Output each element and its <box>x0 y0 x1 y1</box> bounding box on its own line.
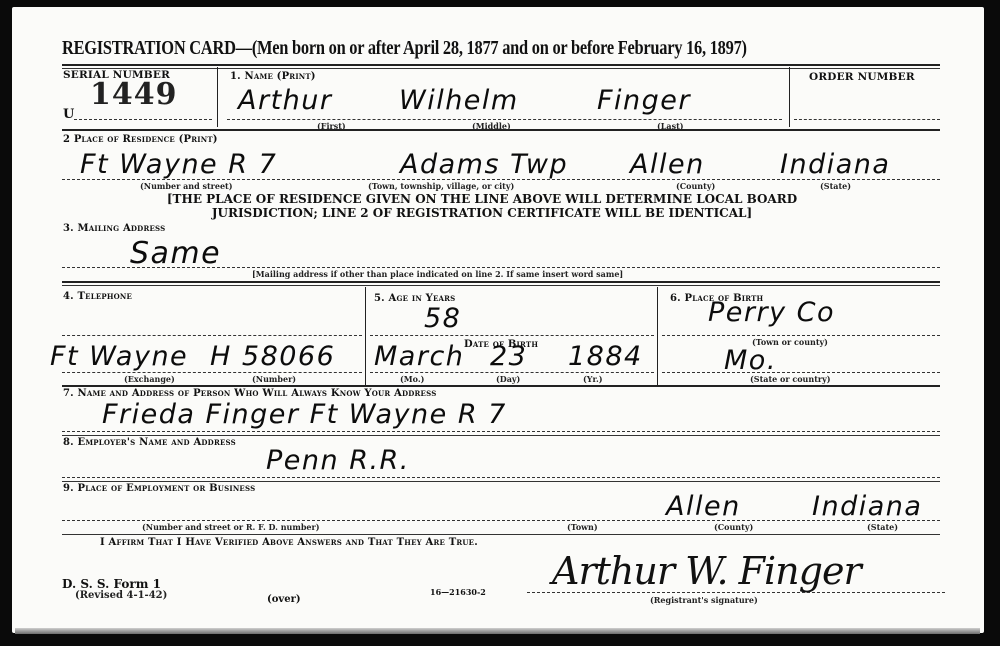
birth-day-value: 23 <box>490 341 527 372</box>
field-line <box>62 372 362 373</box>
mailing-caption: [Mailing address if other than place ind… <box>252 269 623 279</box>
divider <box>789 67 790 127</box>
exchange-caption: (Exchange) <box>124 374 175 384</box>
age-value: 58 <box>424 303 461 334</box>
card-edge <box>15 628 980 634</box>
telephone-exchange-value: Ft Wayne <box>50 341 188 372</box>
order-number-line <box>794 119 940 120</box>
state-caption: (State) <box>820 181 851 191</box>
divider <box>62 385 940 387</box>
employment-state-caption: (State) <box>867 522 898 532</box>
employer-label: 8. Employer's Name and Address <box>63 437 236 448</box>
divider <box>62 64 940 66</box>
print-code: 16—21630-2 <box>430 587 486 597</box>
employer-value: Penn R.R. <box>266 445 410 476</box>
field-line <box>74 119 212 120</box>
divider <box>62 534 940 535</box>
employment-town-caption: (Town) <box>567 522 598 532</box>
form-name: D. S. S. Form 1 <box>62 577 161 591</box>
employment-county-value: Allen <box>666 491 741 522</box>
field-line <box>62 520 940 521</box>
middle-name-value: Wilhelm <box>399 85 519 116</box>
registration-card: REGISTRATION CARD—(Men born on or after … <box>12 7 984 633</box>
card-title: REGISTRATION CARD—(Men born on or after … <box>62 37 747 60</box>
county-caption: (County) <box>676 181 715 191</box>
employment-state-value: Indiana <box>812 491 922 522</box>
telephone-label: 4. Telephone <box>63 291 132 302</box>
divider <box>365 287 366 385</box>
field-line <box>662 335 940 336</box>
residence-notice: [THE PLACE OF RESIDENCE GIVEN ON THE LIN… <box>72 192 892 220</box>
employment-street-caption: (Number and street or R. F. D. number) <box>142 522 320 532</box>
contact-person-label: 7. Name and Address of Person Who Will A… <box>63 388 436 399</box>
registrant-signature: Arthur W. Finger <box>552 549 861 593</box>
divider <box>657 287 658 385</box>
signature-caption: (Registrant's signature) <box>650 595 758 605</box>
number-caption: (Number) <box>252 374 296 384</box>
last-name-value: Finger <box>597 85 691 116</box>
signature-line <box>527 592 945 593</box>
residence-street-value: Ft Wayne R 7 <box>80 149 277 180</box>
divider <box>217 67 218 127</box>
contact-person-value: Frieda Finger Ft Wayne R 7 <box>102 399 507 430</box>
field-line <box>62 335 362 336</box>
serial-number-value: 1449 <box>90 77 178 112</box>
month-caption: (Mo.) <box>400 374 424 384</box>
birth-month-value: March <box>374 341 464 372</box>
over-note: (over) <box>267 594 301 605</box>
form-revised: (Revised 4-1-42) <box>75 590 167 601</box>
field-line <box>662 372 940 373</box>
residence-state-value: Indiana <box>780 149 890 180</box>
birthplace-state-caption: (State or country) <box>750 374 831 384</box>
divider <box>62 481 940 482</box>
field-line <box>62 179 940 180</box>
first-name-value: Arthur <box>238 85 332 116</box>
residence-town-value: Adams Twp <box>400 149 568 180</box>
mailing-address-label: 3. Mailing Address <box>63 223 165 234</box>
divider <box>62 281 940 283</box>
year-caption: (Yr.) <box>583 374 603 384</box>
field-line <box>62 267 940 268</box>
field-line <box>62 431 940 432</box>
serial-prefix: U <box>63 107 75 122</box>
residence-label: 2 Place of Residence (Print) <box>63 134 218 145</box>
field-line <box>370 372 654 373</box>
field-line <box>62 477 940 478</box>
order-number-label: ORDER NUMBER <box>809 71 915 83</box>
residence-county-value: Allen <box>630 149 705 180</box>
affirmation-text: I Affirm That I Have Verified Above Answ… <box>100 537 478 548</box>
town-caption: (Town, township, village, or city) <box>368 181 514 191</box>
divider <box>62 129 940 131</box>
street-caption: (Number and street) <box>140 181 233 191</box>
employment-county-caption: (County) <box>714 522 753 532</box>
birthplace-town-value: Perry Co <box>708 297 835 328</box>
day-caption: (Day) <box>496 374 520 384</box>
field-line <box>370 335 654 336</box>
divider <box>62 435 940 436</box>
field-line <box>227 119 782 120</box>
birth-year-value: 1884 <box>568 341 643 372</box>
mailing-address-value: Same <box>130 236 221 271</box>
notice-line-1: [THE PLACE OF RESIDENCE GIVEN ON THE LIN… <box>72 192 892 206</box>
notice-line-2: JURISDICTION; LINE 2 OF REGISTRATION CER… <box>72 206 892 220</box>
divider <box>62 68 940 69</box>
divider <box>62 285 940 286</box>
telephone-number-value: H 58066 <box>210 341 335 372</box>
employment-place-label: 9. Place of Employment or Business <box>63 483 255 494</box>
name-label: 1. Name (Print) <box>230 71 316 82</box>
